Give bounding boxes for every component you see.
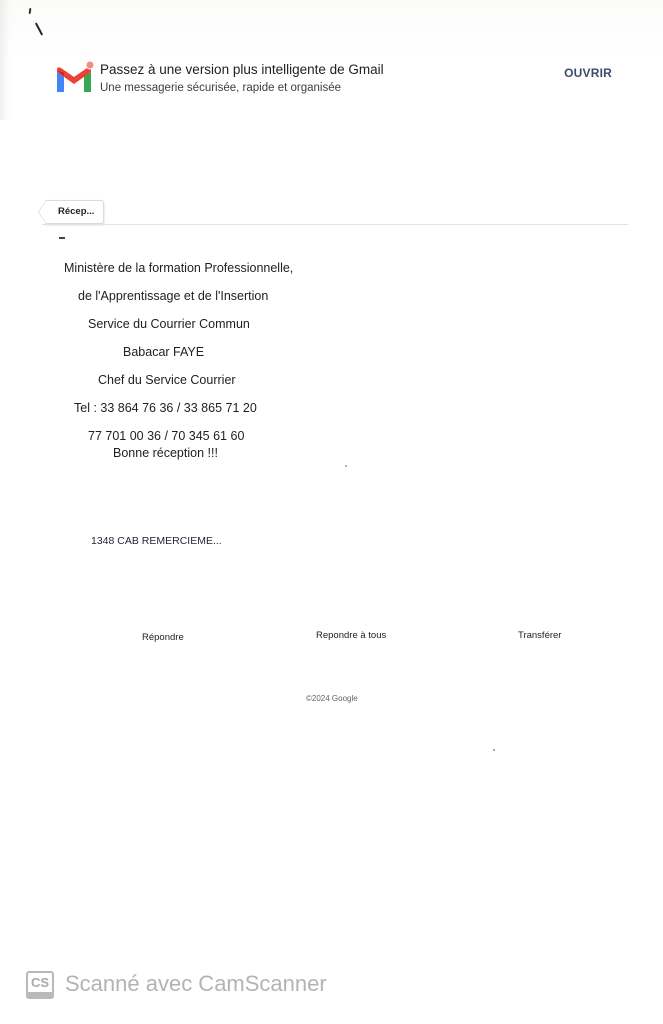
scan-artifact-mark	[35, 22, 43, 35]
watermark-text: Scanné avec CamScanner	[65, 971, 327, 997]
signature-line: Tel : 33 864 76 36 / 33 865 71 20	[74, 401, 257, 415]
signature-line: Ministère de la formation Professionnell…	[64, 261, 293, 275]
scan-speck	[345, 465, 347, 467]
gmail-promo-banner: Passez à une version plus intelligente d…	[54, 58, 624, 102]
forward-button[interactable]: Transférer	[518, 630, 561, 641]
inbox-label-chip[interactable]: Récep...	[46, 200, 104, 224]
signature-separator	[59, 237, 65, 239]
signature-line: Service du Courrier Commun	[88, 317, 250, 331]
signature-line: Bonne réception !!!	[113, 446, 218, 460]
signature-line: de l'Apprentissage et de l'Insertion	[78, 289, 268, 303]
footer-copyright: ©2024 Google	[306, 694, 358, 703]
signature-line: 77 701 00 36 / 70 345 61 60	[88, 429, 244, 443]
scan-edge-shadow	[0, 0, 10, 120]
gmail-logo-icon	[54, 60, 94, 96]
scan-artifact-mark	[29, 8, 32, 14]
attachment-link[interactable]: 1348 CAB REMERCIEME...	[91, 535, 222, 547]
signature-line: Babacar FAYE	[123, 345, 204, 359]
camscanner-logo-text: CS	[28, 975, 52, 990]
camscanner-logo-bar	[28, 992, 52, 997]
signature-line: Chef du Service Courrier	[98, 373, 236, 387]
open-app-button[interactable]: OUVRIR	[564, 66, 612, 80]
header-divider	[42, 224, 628, 225]
promo-subtitle: Une messagerie sécurisée, rapide et orga…	[100, 82, 341, 94]
camscanner-logo-icon: CS	[26, 971, 54, 999]
reply-button[interactable]: Répondre	[142, 632, 184, 643]
scan-speck	[493, 749, 495, 751]
reply-all-button[interactable]: Repondre à tous	[316, 630, 386, 641]
promo-title: Passez à une version plus intelligente d…	[100, 62, 384, 77]
